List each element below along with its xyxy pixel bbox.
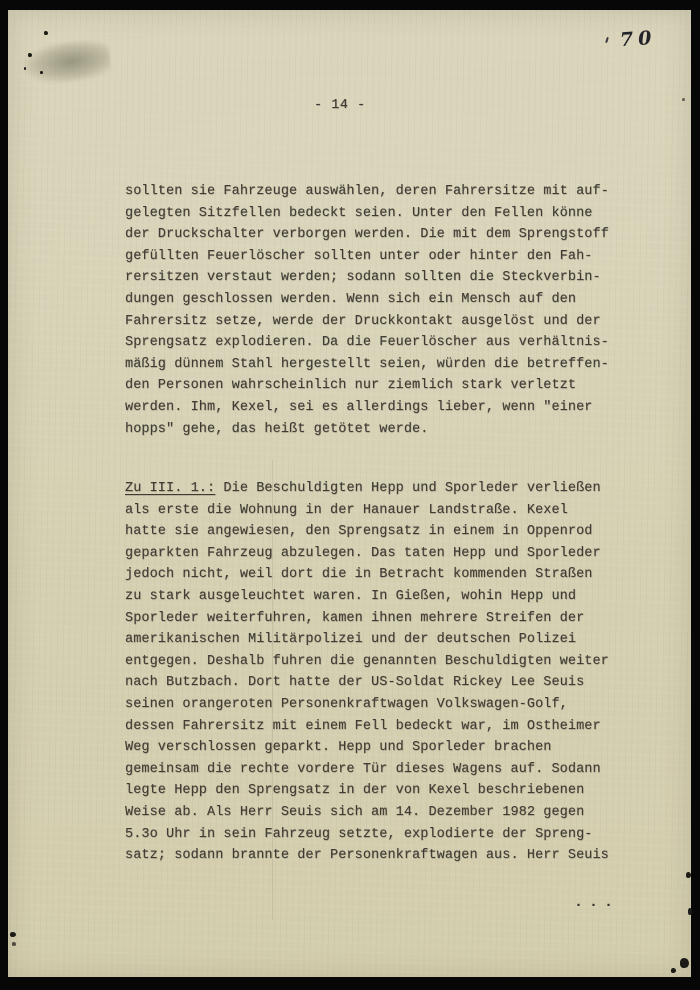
paragraph-1: sollten sie Fahrzeuge auswählen, deren F… [125, 181, 625, 440]
ink-speck [12, 942, 16, 946]
ink-speck [680, 958, 689, 968]
ink-tick [605, 37, 609, 43]
ink-speck [686, 872, 691, 878]
paragraph-2: Zu III. 1.: Die Beschuldigten Hepp und S… [125, 478, 625, 867]
continuation-mark: ... [574, 894, 619, 911]
paper-sheet: 70 - 14 - sollten sie Fahrzeuge auswähle… [8, 10, 691, 977]
ink-speck [44, 31, 48, 35]
ink-speck [10, 932, 16, 937]
paragraph-2-body: Die Beschuldigten Hepp und Sporleder ver… [125, 481, 609, 863]
ink-speck [682, 98, 685, 101]
ink-speck [28, 53, 32, 57]
ink-speck [688, 908, 692, 915]
ink-smudge [22, 37, 112, 87]
ink-speck [24, 67, 26, 70]
ink-speck [40, 71, 43, 74]
page-number: - 14 - [314, 98, 366, 113]
ink-speck [671, 968, 676, 973]
scanned-document-page: 70 - 14 - sollten sie Fahrzeuge auswähle… [0, 0, 700, 990]
handwritten-page-number: 70 [619, 27, 657, 51]
paragraph-2-heading: Zu III. 1.: [125, 481, 215, 496]
